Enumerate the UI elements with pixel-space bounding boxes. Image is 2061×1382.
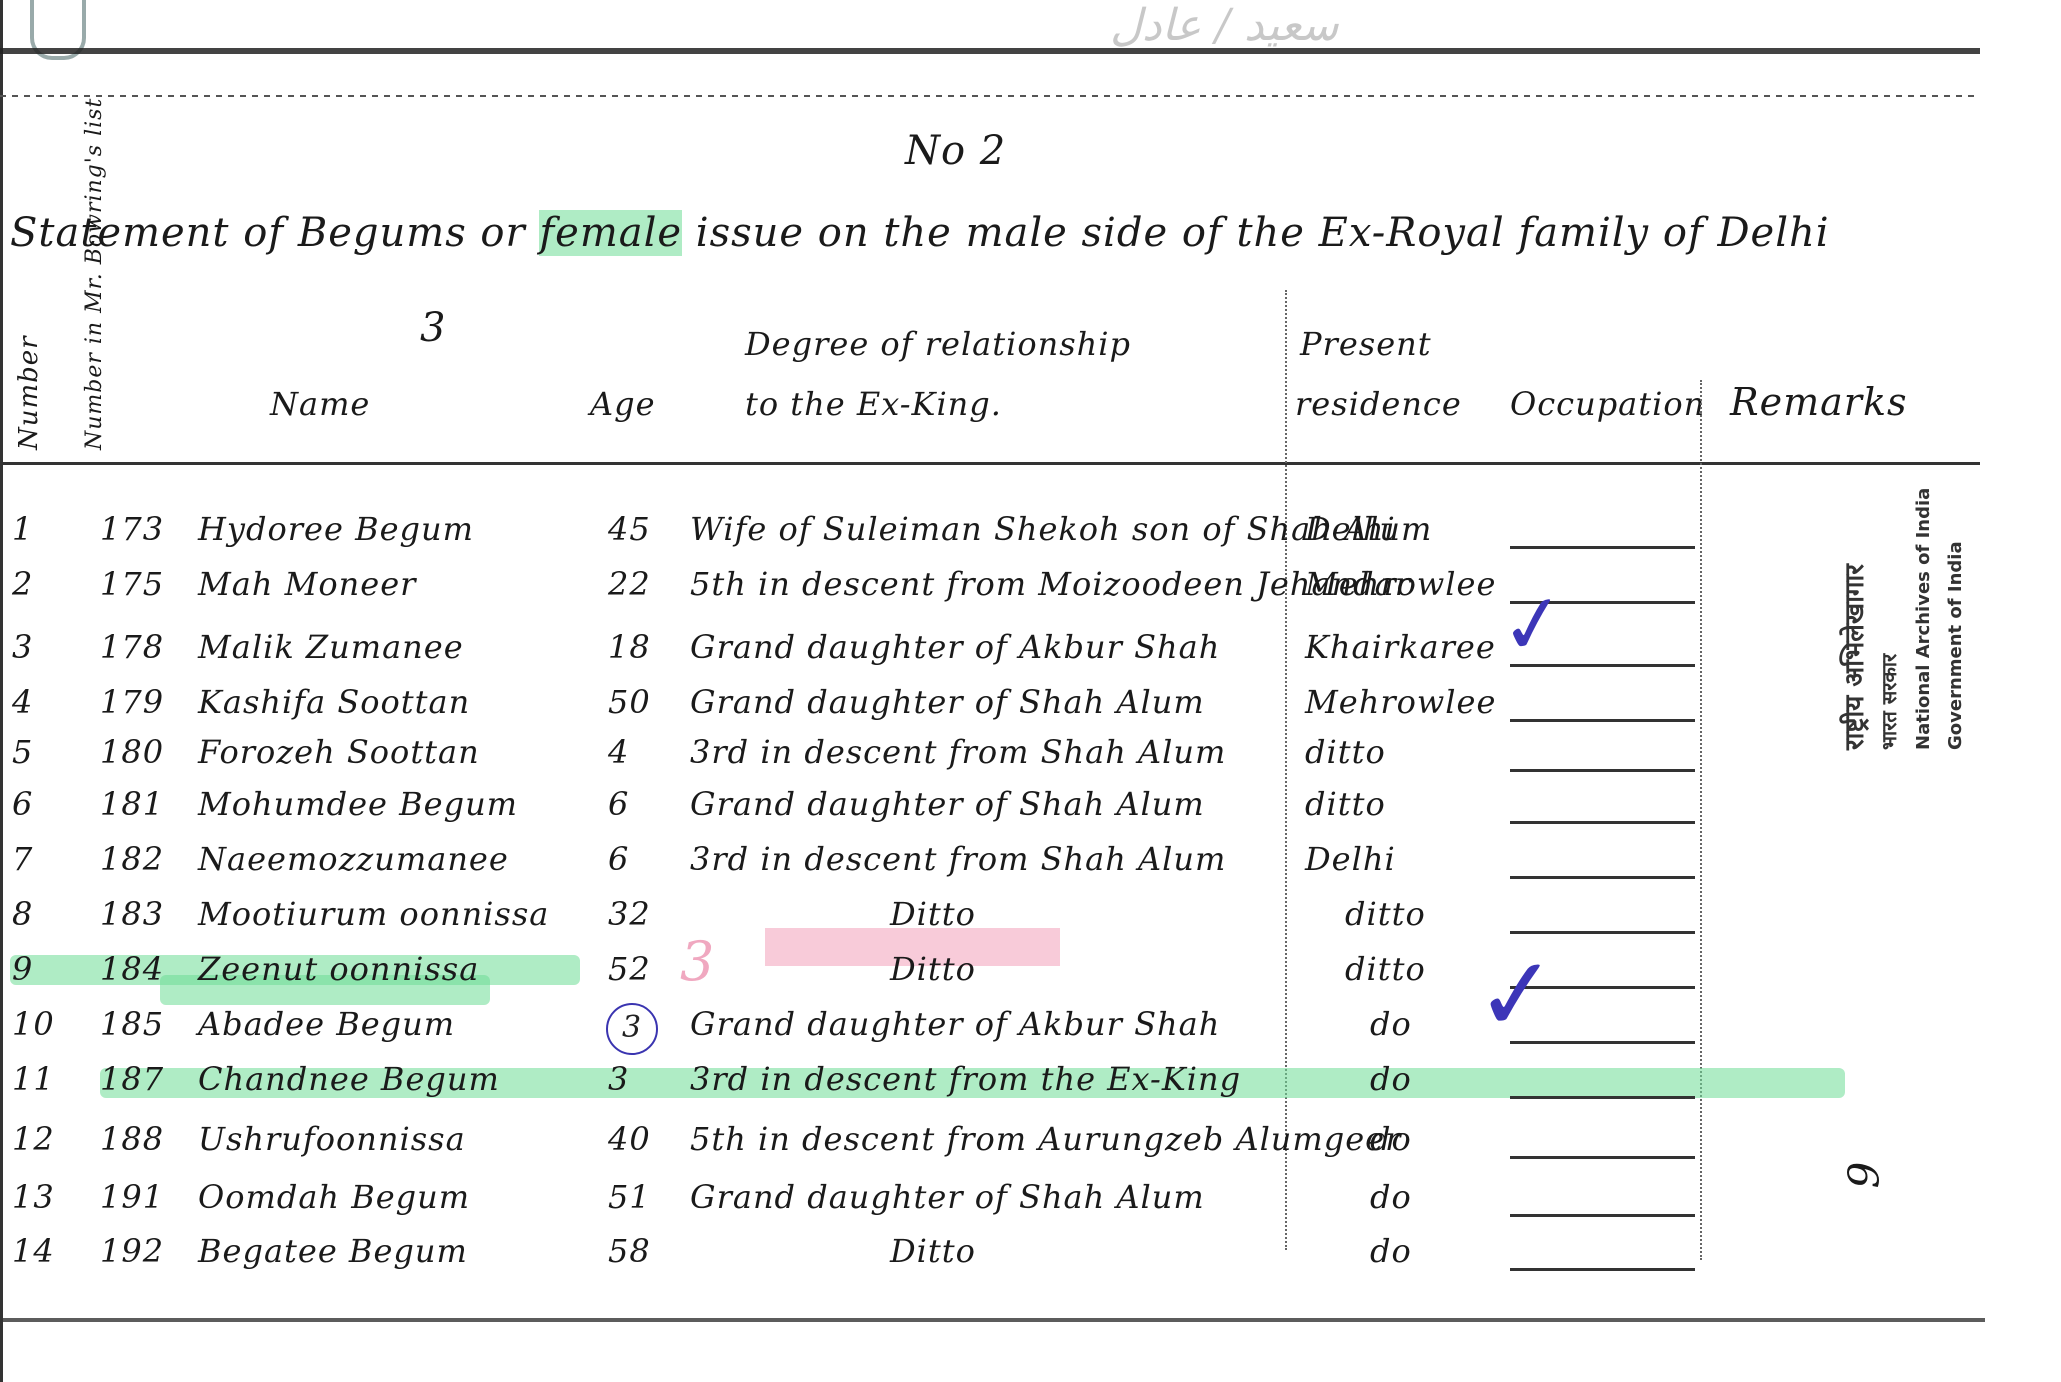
row-register: 184 [100, 950, 164, 988]
row-age: 45 [608, 510, 651, 548]
row-name: Chandnee Begum [198, 1060, 500, 1098]
column-marker: 3 [420, 305, 446, 351]
table-row: 4 179 Kashifa Soottan 50 Grand daughter … [0, 683, 1980, 733]
check-mark-icon: ✓ [1472, 942, 1563, 1048]
header-register: Number in Mr. Bowring's list [82, 98, 107, 450]
row-register: 179 [100, 683, 164, 721]
table-row: 3 178 Malik Zumanee 18 Grand daughter of… [0, 628, 1980, 678]
row-relation: Ditto [890, 950, 976, 988]
row-relation: Grand daughter of Akbur Shah [690, 1005, 1220, 1043]
header-residence-2: residence [1295, 385, 1462, 423]
row-relation: 3rd in descent from the Ex-King [690, 1060, 1241, 1098]
row-register: 183 [100, 895, 164, 933]
table-row: 5 180 Forozeh Soottan 4 3rd in descent f… [0, 733, 1980, 783]
row-register: 185 [100, 1005, 164, 1043]
row-age: 3 [608, 1060, 629, 1098]
row-number: 13 [12, 1178, 55, 1216]
document-title: Statement of Begums or female issue on t… [10, 210, 1830, 256]
row-register: 173 [100, 510, 164, 548]
row-occupation-blank [1510, 876, 1695, 879]
row-name: Mohumdee Begum [198, 785, 518, 823]
row-occupation-blank [1510, 1268, 1695, 1271]
archive-stamp: राष्ट्रीय अभिलेखागार भारत सरकार National… [1835, 360, 1985, 750]
row-number: 9 [12, 950, 33, 988]
stamp-line-1: राष्ट्रीय अभिलेखागार [1835, 564, 1871, 750]
row-register: 191 [100, 1178, 164, 1216]
row-occupation-blank [1510, 1156, 1695, 1159]
row-residence: do [1370, 1060, 1412, 1098]
row-register: 175 [100, 565, 164, 603]
row-register: 178 [100, 628, 164, 666]
row-register: 188 [100, 1120, 164, 1158]
table-row: 8 183 Mootiurum oonnissa 32 Ditto ditto [0, 895, 1980, 945]
header-occupation: Occupation [1510, 385, 1705, 423]
row-residence: Mehrowlee [1305, 683, 1496, 721]
header-rule [0, 462, 1980, 465]
row-age: 22 [608, 565, 651, 603]
document-number: No 2 [905, 128, 1006, 174]
table-row: 10 185 Abadee Begum Grand daughter of Ak… [0, 1005, 1980, 1055]
row-relation: Grand daughter of Shah Alum [690, 683, 1205, 721]
row-age: 6 [608, 785, 629, 823]
row-relation: Ditto [890, 895, 976, 933]
table-row: 12 188 Ushrufoonnissa 40 5th in descent … [0, 1120, 1980, 1170]
row-relation: Grand daughter of Shah Alum [690, 785, 1205, 823]
header-relationship-1: Degree of relationship [745, 325, 1131, 363]
check-mark-icon: ✓ [1495, 581, 1573, 670]
row-number: 11 [12, 1060, 55, 1098]
table-row: 1 173 Hydoree Begum 45 Wife of Suleiman … [0, 510, 1980, 560]
row-residence: Delhi [1305, 510, 1396, 548]
row-name: Forozeh Soottan [198, 733, 480, 771]
stamp-line-4: Government of India [1945, 541, 1966, 750]
row-register: 187 [100, 1060, 164, 1098]
row-occupation-blank [1510, 1096, 1695, 1099]
title-highlighted-word: female [539, 210, 682, 256]
header-number: Number [14, 335, 44, 450]
row-name: Zeenut oonnissa [198, 950, 479, 988]
row-age: 6 [608, 840, 629, 878]
row-name: Naeemozzumanee [198, 840, 509, 878]
row-age: 58 [608, 1232, 651, 1270]
row-residence: do [1370, 1232, 1412, 1270]
table-row: 6 181 Mohumdee Begum 6 Grand daughter of… [0, 785, 1980, 835]
table-row: 2 175 Mah Moneer 22 5th in descent from … [0, 565, 1980, 615]
row-name: Abadee Begum [198, 1005, 455, 1043]
row-residence: ditto [1345, 950, 1426, 988]
row-register: 181 [100, 785, 164, 823]
row-residence: do [1370, 1120, 1412, 1158]
header-age: Age [590, 385, 656, 423]
row-occupation-blank [1510, 1214, 1695, 1217]
table-row: 9 184 Zeenut oonnissa 52 Ditto ditto [0, 950, 1980, 1000]
header-name: Name [270, 385, 370, 423]
row-residence: Khairkaree [1305, 628, 1496, 666]
row-relation: 5th in descent from Moizoodeen Jehandar [690, 565, 1411, 603]
row-occupation-blank [1510, 719, 1695, 722]
row-age: 40 [608, 1120, 651, 1158]
row-name: Hydoree Begum [198, 510, 474, 548]
row-register: 180 [100, 733, 164, 771]
row-name: Mootiurum oonnissa [198, 895, 549, 933]
row-relation: Grand daughter of Akbur Shah [690, 628, 1220, 666]
top-dotted-rule [0, 95, 1980, 97]
row-age: 32 [608, 895, 651, 933]
row-relation: Grand daughter of Shah Alum [690, 1178, 1205, 1216]
row-age: 18 [608, 628, 651, 666]
row-number: 8 [12, 895, 33, 933]
row-age: 52 [608, 950, 651, 988]
row-name: Oomdah Begum [198, 1178, 470, 1216]
row-occupation-blank [1510, 769, 1695, 772]
row-number: 7 [12, 840, 33, 878]
table-row: 7 182 Naeemozzumanee 6 3rd in descent fr… [0, 840, 1980, 890]
row-number: 3 [12, 628, 33, 666]
table-row: 14 192 Begatee Begum 58 Ditto do [0, 1232, 1980, 1282]
title-after: issue on the male side of the Ex-Royal f… [682, 210, 1829, 256]
row-name: Ushrufoonnissa [198, 1120, 466, 1158]
row-residence: ditto [1305, 733, 1386, 771]
row-number: 12 [12, 1120, 55, 1158]
circled-age: 3 [606, 1003, 658, 1055]
header-residence-1: Present [1300, 325, 1432, 363]
row-number: 1 [12, 510, 33, 548]
row-name: Malik Zumanee [198, 628, 464, 666]
row-number: 10 [12, 1005, 55, 1043]
row-occupation-blank [1510, 821, 1695, 824]
row-name: Mah Moneer [198, 565, 416, 603]
row-name: Kashifa Soottan [198, 683, 470, 721]
row-residence: Mehrowlee [1305, 565, 1496, 603]
header-relationship-2: to the Ex-King. [745, 385, 1002, 423]
row-register: 192 [100, 1232, 164, 1270]
row-name: Begatee Begum [198, 1232, 468, 1270]
row-relation: 5th in descent from Aurungzeb Alumgeer [690, 1120, 1401, 1158]
margin-mark: 9 [1839, 1161, 1888, 1189]
row-register: 182 [100, 840, 164, 878]
stamp-line-2: भारत सरकार [1875, 654, 1902, 750]
row-residence: do [1370, 1005, 1412, 1043]
row-relation: 3rd in descent from Shah Alum [690, 733, 1226, 771]
table-row: 13 191 Oomdah Begum 51 Grand daughter of… [0, 1178, 1980, 1228]
row-age: 4 [608, 733, 629, 771]
row-number: 6 [12, 785, 33, 823]
pencil-annotation: سعيد / عادل [1110, 0, 1339, 51]
top-border-rule [0, 48, 1980, 54]
row-age: 51 [608, 1178, 651, 1216]
row-number: 2 [12, 565, 33, 603]
row-relation: Ditto [890, 1232, 976, 1270]
row-residence: ditto [1305, 785, 1386, 823]
row-residence: Delhi [1305, 840, 1396, 878]
row-relation: 3rd in descent from Shah Alum [690, 840, 1226, 878]
row-residence: ditto [1345, 895, 1426, 933]
bottom-border-rule [0, 1318, 1985, 1322]
row-number: 5 [12, 733, 33, 771]
row-residence: do [1370, 1178, 1412, 1216]
row-number: 4 [12, 683, 33, 721]
row-number: 14 [12, 1232, 55, 1270]
row-age: 50 [608, 683, 651, 721]
stamp-line-3: National Archives of India [1913, 488, 1934, 750]
row-occupation-blank [1510, 546, 1695, 549]
table-row: 11 187 Chandnee Begum 3 3rd in descent f… [0, 1060, 1980, 1110]
